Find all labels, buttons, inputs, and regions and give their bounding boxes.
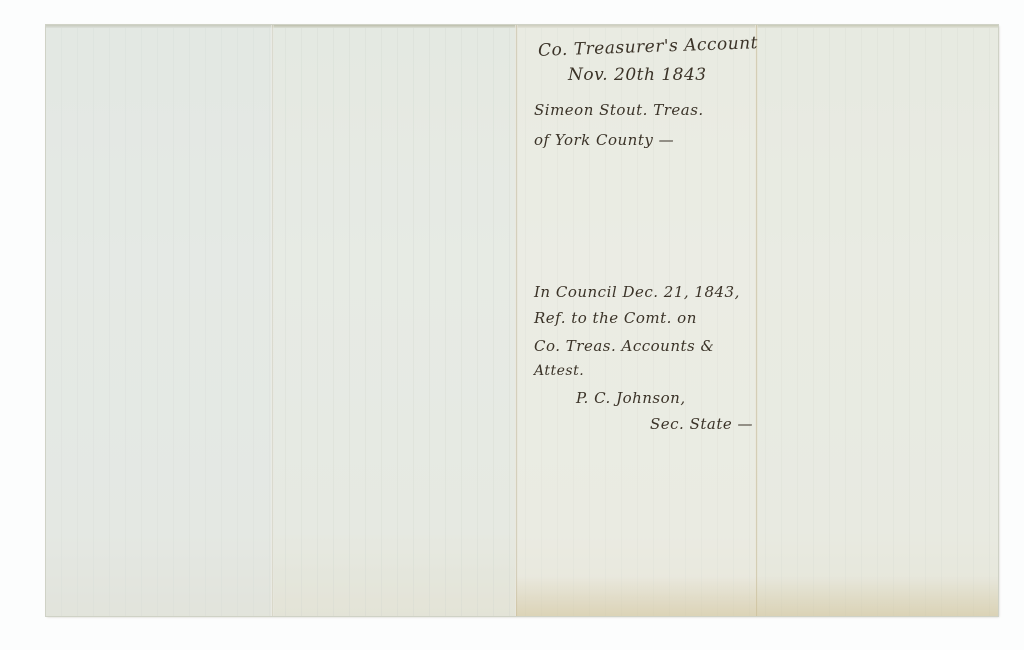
endorsement-council-line: In Council Dec. 21, 1843, bbox=[534, 283, 740, 301]
age-stain bbox=[516, 576, 756, 616]
fold-line-2 bbox=[515, 25, 518, 616]
docket-date: Nov. 20th 1843 bbox=[568, 65, 707, 85]
endorsement-referral-line: Ref. to the Comt. on bbox=[534, 309, 697, 327]
fold-line-3 bbox=[755, 25, 758, 616]
age-stain bbox=[756, 576, 998, 616]
fold-panel-2 bbox=[272, 25, 516, 616]
endorsement-signer-title: Sec. State — bbox=[650, 415, 753, 433]
docket-county-line: of York County — bbox=[534, 131, 674, 149]
docket-name-line: Simeon Stout. Treas. bbox=[534, 101, 704, 119]
endorsement-accounts-line: Co. Treas. Accounts & bbox=[534, 337, 714, 355]
fold-panel-4 bbox=[756, 25, 998, 616]
fold-panel-1 bbox=[46, 25, 272, 616]
scan-page: Co. Treasurer's Account Nov. 20th 1843 S… bbox=[0, 0, 1024, 650]
endorsement-signature: P. C. Johnson, bbox=[576, 389, 686, 407]
document-paper: Co. Treasurer's Account Nov. 20th 1843 S… bbox=[46, 25, 998, 616]
fold-line-1 bbox=[271, 25, 274, 616]
endorsement-attest: Attest. bbox=[534, 363, 584, 379]
